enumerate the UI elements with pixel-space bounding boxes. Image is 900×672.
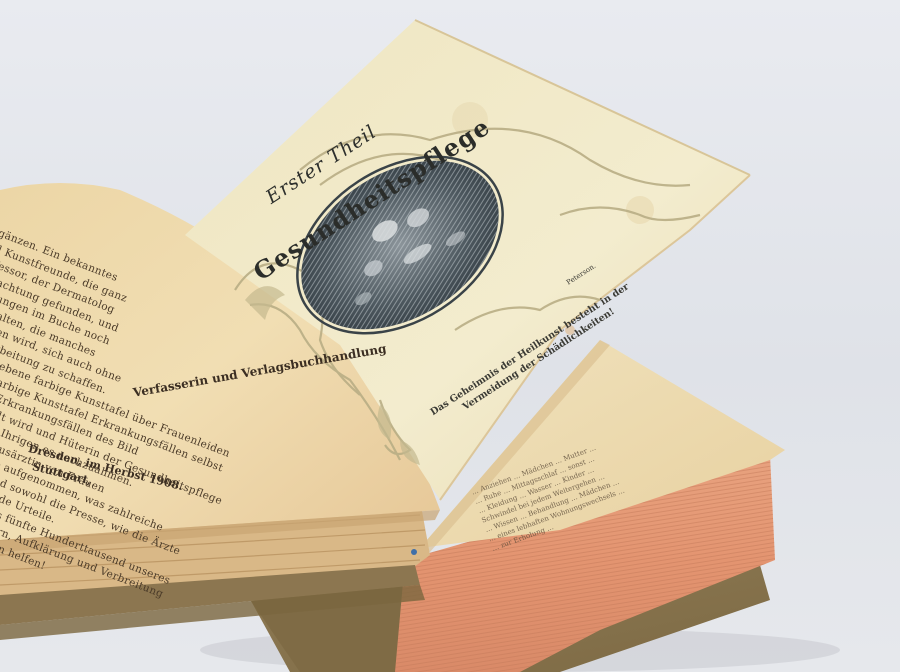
photo-scene: ergänzen. Ein bekanntes und Kunstfreunde… bbox=[0, 0, 900, 672]
